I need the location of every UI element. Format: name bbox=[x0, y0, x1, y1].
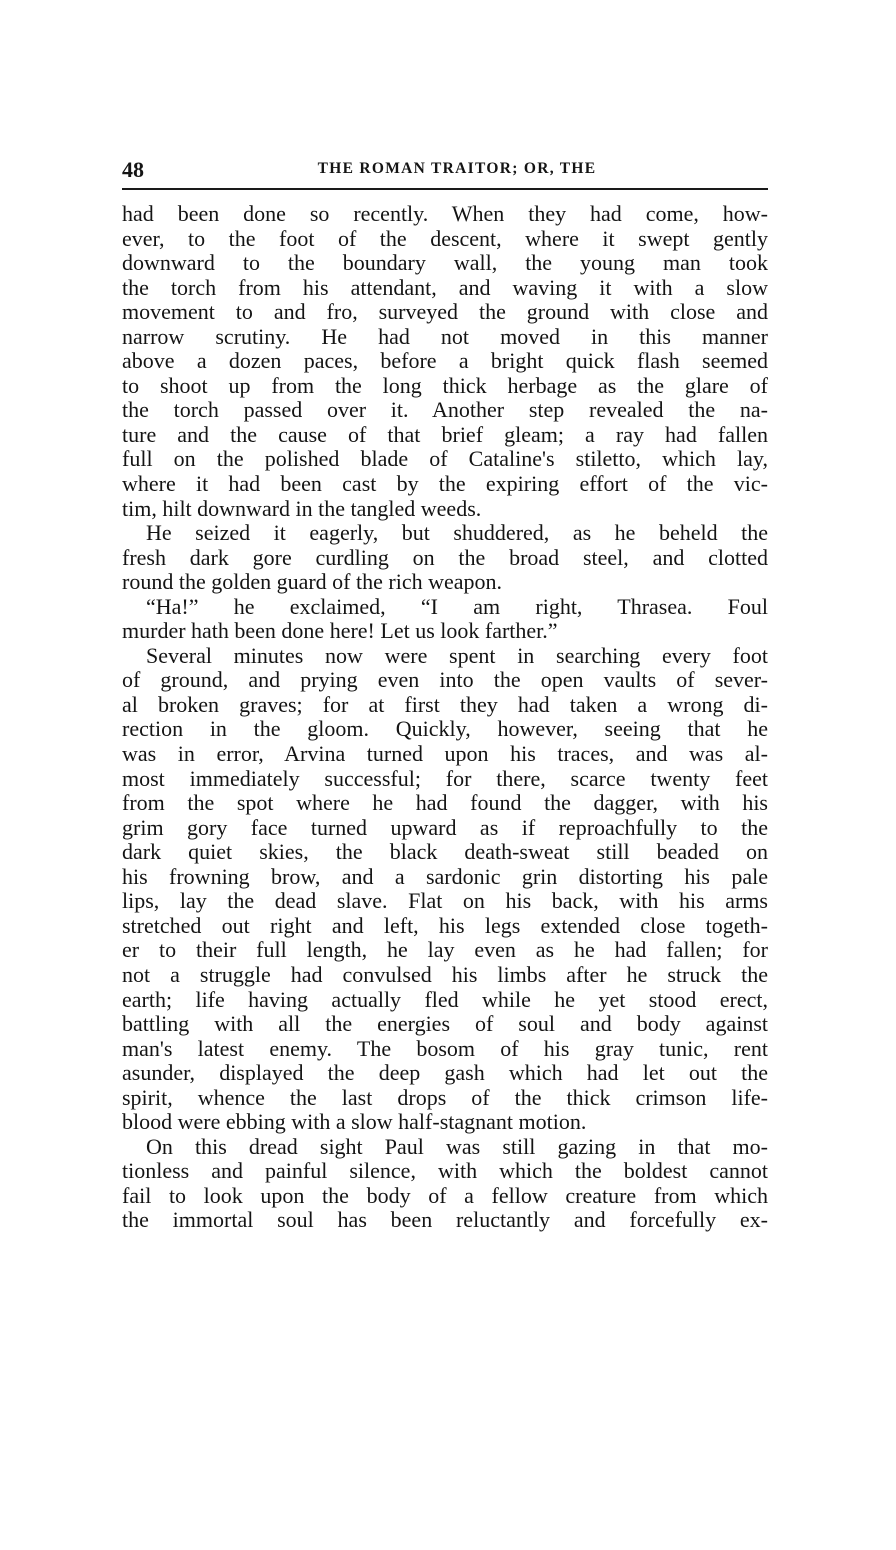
paragraph: had been done so recently. When they had… bbox=[122, 202, 768, 521]
text-line: to shoot up from the long thick herbage … bbox=[122, 374, 768, 399]
text-line: fail to look upon the body of a fellow c… bbox=[122, 1184, 768, 1209]
text-line: full on the polished blade of Cataline's… bbox=[122, 447, 768, 472]
text-line: er to their full length, he lay even as … bbox=[122, 938, 768, 963]
text-line: “Ha!” he exclaimed, “I am right, Thrasea… bbox=[122, 595, 768, 620]
text-line: man's latest enemy. The bosom of his gra… bbox=[122, 1037, 768, 1062]
text-line: where it had been cast by the expiring e… bbox=[122, 472, 768, 497]
text-line: grim gory face turned upward as if repro… bbox=[122, 816, 768, 841]
text-line: the immortal soul has been reluctantly a… bbox=[122, 1208, 768, 1233]
text-line: He seized it eagerly, but shuddered, as … bbox=[122, 521, 768, 546]
paragraph: On this dread sight Paul was still gazin… bbox=[122, 1135, 768, 1233]
text-line: spirit, whence the last drops of the thi… bbox=[122, 1086, 768, 1111]
text-line: On this dread sight Paul was still gazin… bbox=[122, 1135, 768, 1160]
text-line: Several minutes now were spent in search… bbox=[122, 644, 768, 669]
text-line: movement to and fro, surveyed the ground… bbox=[122, 300, 768, 325]
paragraph: “Ha!” he exclaimed, “I am right, Thrasea… bbox=[122, 595, 768, 644]
text-line: had been done so recently. When they had… bbox=[122, 202, 768, 227]
paragraph: Several minutes now were spent in search… bbox=[122, 644, 768, 1135]
text-line: his frowning brow, and a sardonic grin d… bbox=[122, 865, 768, 890]
text-line: the torch passed over it. Another step r… bbox=[122, 398, 768, 423]
text-line: ever, to the foot of the descent, where … bbox=[122, 227, 768, 252]
running-title: THE ROMAN TRAITOR; OR, THE bbox=[122, 160, 768, 178]
text-line: tionless and painful silence, with which… bbox=[122, 1159, 768, 1184]
text-line: not a struggle had convulsed his limbs a… bbox=[122, 963, 768, 988]
text-line: rection in the gloom. Quickly, however, … bbox=[122, 717, 768, 742]
text-line: above a dozen paces, before a bright qui… bbox=[122, 349, 768, 374]
text-line: from the spot where he had found the dag… bbox=[122, 791, 768, 816]
text-line: dark quiet skies, the black death-sweat … bbox=[122, 840, 768, 865]
text-line: blood were ebbing with a slow half-stagn… bbox=[122, 1110, 768, 1135]
text-line: lips, lay the dead slave. Flat on his ba… bbox=[122, 889, 768, 914]
text-line: earth; life having actually fled while h… bbox=[122, 988, 768, 1013]
text-line: stretched out right and left, his legs e… bbox=[122, 914, 768, 939]
header-rule bbox=[122, 188, 768, 190]
text-line: most immediately successful; for there, … bbox=[122, 767, 768, 792]
running-head: 48 THE ROMAN TRAITOR; OR, THE bbox=[122, 157, 768, 183]
text-line: asunder, displayed the deep gash which h… bbox=[122, 1061, 768, 1086]
text-line: of ground, and prying even into the open… bbox=[122, 668, 768, 693]
paragraph: He seized it eagerly, but shuddered, as … bbox=[122, 521, 768, 595]
text-line: downward to the boundary wall, the young… bbox=[122, 251, 768, 276]
text-line: was in error, Arvina turned upon his tra… bbox=[122, 742, 768, 767]
text-line: the torch from his attendant, and waving… bbox=[122, 276, 768, 301]
text-line: ture and the cause of that brief gleam; … bbox=[122, 423, 768, 448]
text-line: al broken graves; for at first they had … bbox=[122, 693, 768, 718]
text-line: narrow scrutiny. He had not moved in thi… bbox=[122, 325, 768, 350]
body-text: had been done so recently. When they had… bbox=[122, 202, 768, 1233]
text-line: battling with all the energies of soul a… bbox=[122, 1012, 768, 1037]
text-line: round the golden guard of the rich weapo… bbox=[122, 570, 768, 595]
text-line: tim, hilt downward in the tangled weeds. bbox=[122, 497, 768, 522]
text-line: murder hath been done here! Let us look … bbox=[122, 619, 768, 644]
text-line: fresh dark gore curdling on the broad st… bbox=[122, 546, 768, 571]
